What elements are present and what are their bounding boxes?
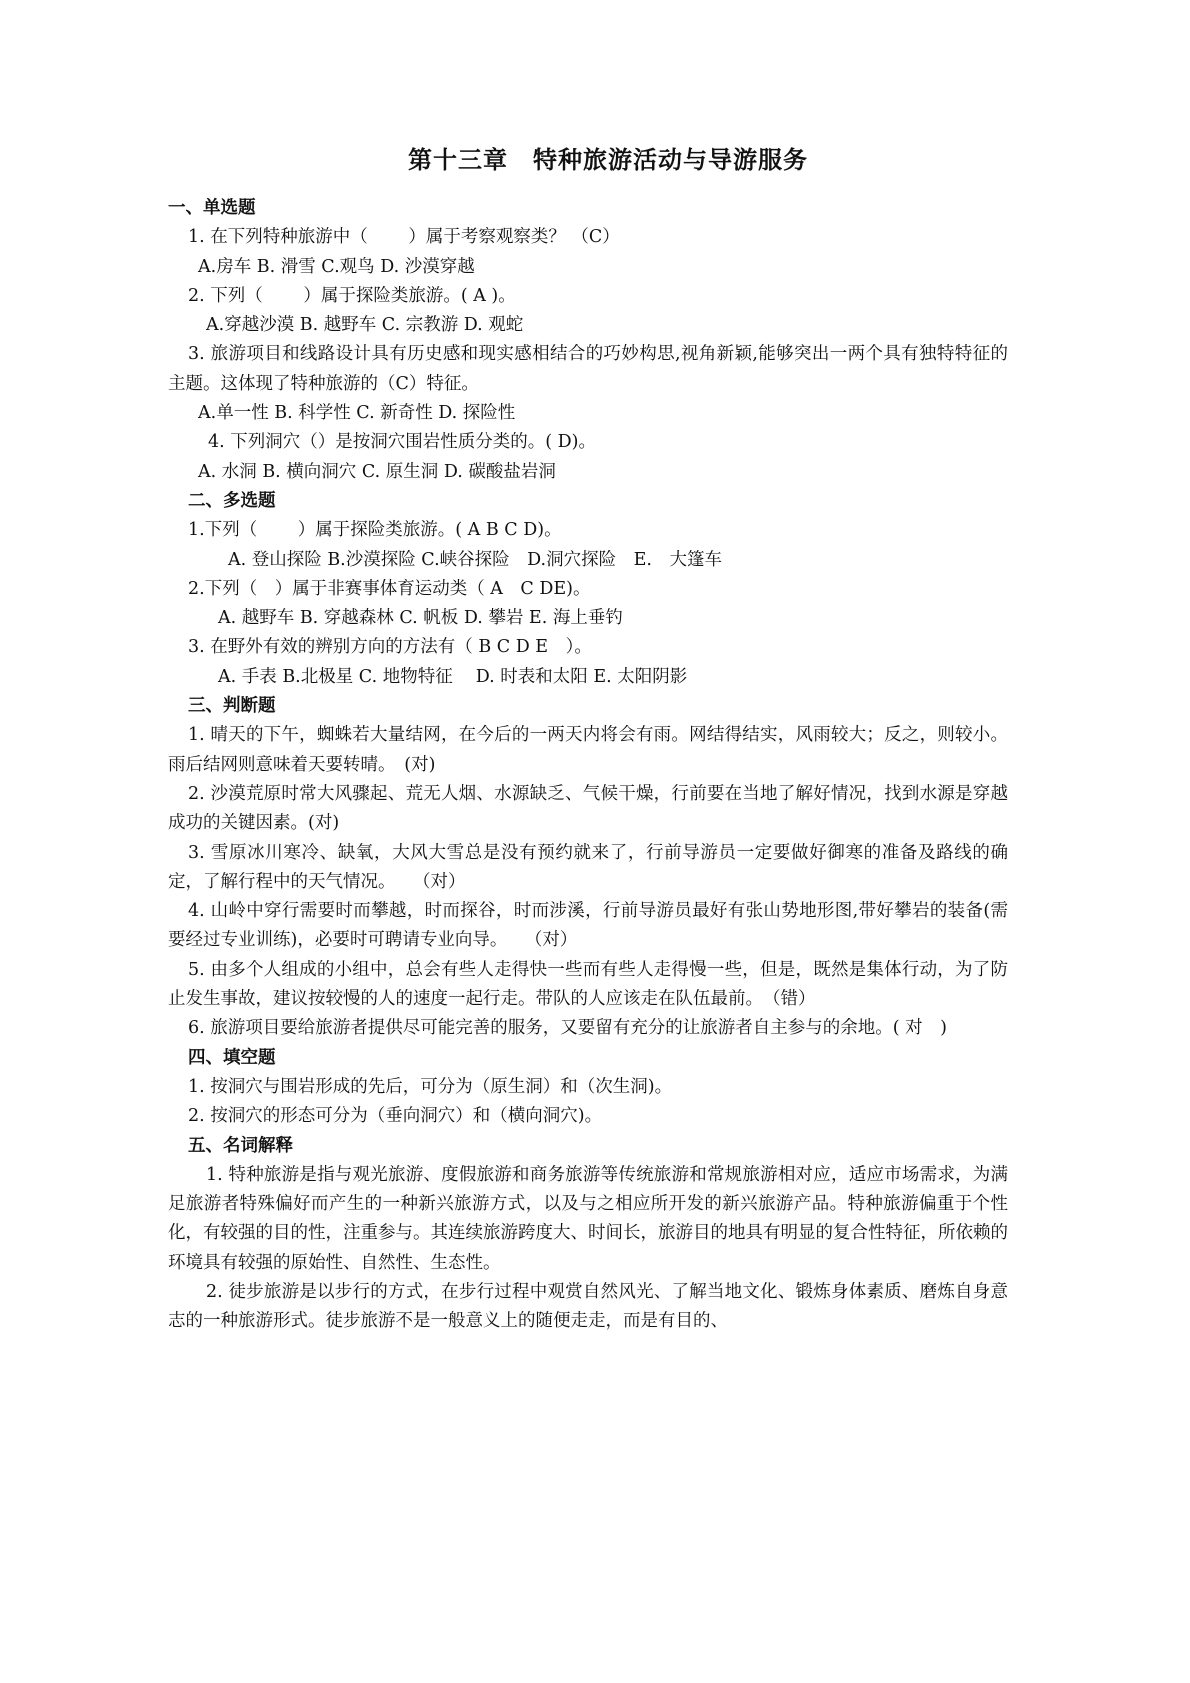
question: 4. 下列洞穴（）是按洞穴围岩性质分类的。( D)。 bbox=[168, 428, 1008, 457]
question-options: A. 手表 B.北极星 C. 地物特征 D. 时表和太阳 E. 太阳阴影 bbox=[168, 663, 1008, 692]
section-heading: 五、名词解释 bbox=[168, 1132, 1008, 1161]
fill-blank-item: 1. 按洞穴与围岩形成的先后，可分为（原生洞）和（次生洞)。 bbox=[168, 1073, 1008, 1102]
question: 2.下列（ ）属于非赛事体育运动类（ A C DE)。 bbox=[168, 575, 1008, 604]
section-definitions: 五、名词解释 1. 特种旅游是指与观光旅游、度假旅游和商务旅游等传统旅游和常规旅… bbox=[168, 1132, 1008, 1337]
question-options: A. 越野车 B. 穿越森林 C. 帆板 D. 攀岩 E. 海上垂钓 bbox=[168, 604, 1008, 633]
statement: 5. 由多个人组成的小组中，总会有些人走得快一些而有些人走得慢一些，但是，既然是… bbox=[168, 956, 1008, 1015]
section-true-false: 三、判断题 1. 晴天的下午，蜘蛛若大量结网，在今后的一两天内将会有雨。网结得结… bbox=[168, 692, 1008, 1044]
question: 3. 在野外有效的辨别方向的方法有（ B C D E ）。 bbox=[168, 633, 1008, 662]
question-options: A.单一性 B. 科学性 C. 新奇性 D. 探险性 bbox=[168, 399, 1008, 428]
definition-paragraph: 1. 特种旅游是指与观光旅游、度假旅游和商务旅游等传统旅游和常规旅游相对应，适应… bbox=[168, 1161, 1008, 1278]
section-heading: 四、填空题 bbox=[168, 1044, 1008, 1073]
question-options: A.穿越沙漠 B. 越野车 C. 宗教游 D. 观蛇 bbox=[168, 311, 1008, 340]
document-page: 第十三章 特种旅游活动与导游服务 一、单选题 1. 在下列特种旅游中（ ）属于考… bbox=[168, 140, 1008, 1337]
section-heading: 三、判断题 bbox=[168, 692, 1008, 721]
question: 1. 在下列特种旅游中（ ）属于考察观察类？ （C） bbox=[168, 223, 1008, 252]
statement: 2. 沙漠荒原时常大风骤起、荒无人烟、水源缺乏、气候干燥，行前要在当地了解好情况… bbox=[168, 780, 1008, 839]
section-heading: 二、多选题 bbox=[168, 487, 1008, 516]
statement: 3. 雪原冰川寒冷、缺氧，大风大雪总是没有预约就来了，行前导游员一定要做好御寒的… bbox=[168, 839, 1008, 898]
question: 2. 下列（ ）属于探险类旅游。( A )。 bbox=[168, 282, 1008, 311]
question-options: A.房车 B. 滑雪 C.观鸟 D. 沙漠穿越 bbox=[168, 253, 1008, 282]
statement: 6. 旅游项目要给旅游者提供尽可能完善的服务，又要留有充分的让旅游者自主参与的余… bbox=[168, 1014, 1008, 1043]
definition-paragraph: 2. 徒步旅游是以步行的方式，在步行过程中观赏自然风光、了解当地文化、锻炼身体素… bbox=[168, 1278, 1008, 1337]
section-multiple-choice: 二、多选题 1.下列（ ）属于探险类旅游。( A B C D)。 A. 登山探险… bbox=[168, 487, 1008, 692]
question-options: A. 水洞 B. 横向洞穴 C. 原生洞 D. 碳酸盐岩洞 bbox=[168, 458, 1008, 487]
statement: 1. 晴天的下午，蜘蛛若大量结网，在今后的一两天内将会有雨。网结得结实，风雨较大… bbox=[168, 721, 1008, 780]
question: 3. 旅游项目和线路设计具有历史感和现实感相结合的巧妙构思,视角新颖,能够突出一… bbox=[168, 340, 1008, 399]
question: 1.下列（ ）属于探险类旅游。( A B C D)。 bbox=[168, 516, 1008, 545]
section-single-choice: 一、单选题 1. 在下列特种旅游中（ ）属于考察观察类？ （C） A.房车 B.… bbox=[168, 194, 1008, 487]
section-heading: 一、单选题 bbox=[168, 194, 1008, 223]
chapter-title: 第十三章 特种旅游活动与导游服务 bbox=[168, 140, 1008, 180]
question-options: A. 登山探险 B.沙漠探险 C.峡谷探险 D.洞穴探险 E. 大篷车 bbox=[168, 546, 1008, 575]
statement: 4. 山岭中穿行需要时而攀越，时而探谷，时而涉溪，行前导游员最好有张山势地形图,… bbox=[168, 897, 1008, 956]
fill-blank-item: 2. 按洞穴的形态可分为（垂向洞穴）和（横向洞穴)。 bbox=[168, 1102, 1008, 1131]
section-fill-blank: 四、填空题 1. 按洞穴与围岩形成的先后，可分为（原生洞）和（次生洞)。 2. … bbox=[168, 1044, 1008, 1132]
